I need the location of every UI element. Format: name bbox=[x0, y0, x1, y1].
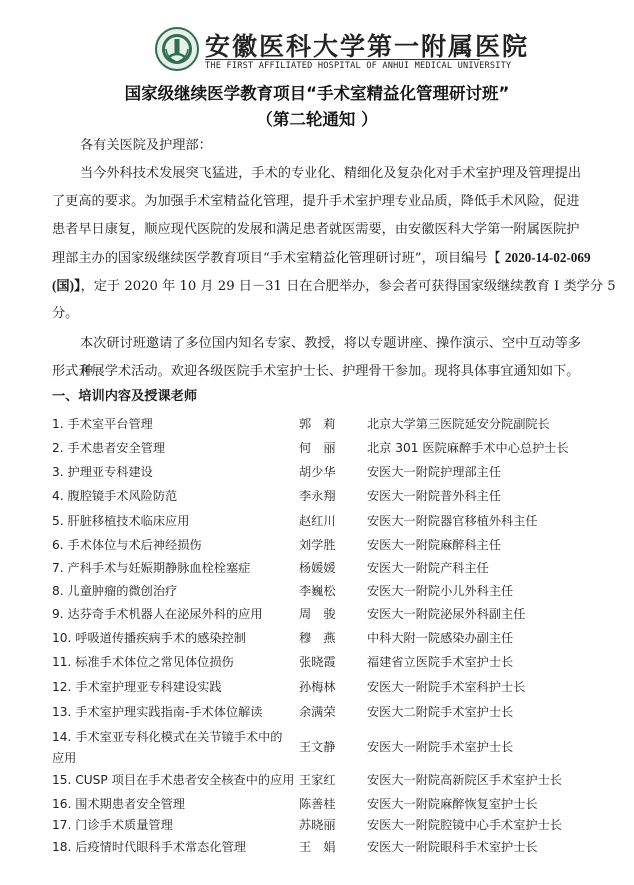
course-institution: 安医大一附院高新院区手术室护士长 bbox=[367, 771, 562, 788]
course-row: 4. 腹腔镜手术风险防范 李永翔 安医大一附院普外科主任 bbox=[52, 487, 592, 507]
course-institution: 安医大一附院普外科主任 bbox=[367, 487, 501, 504]
course-topic: 10. 呼吸道传播疾病手术的感染控制 bbox=[52, 629, 287, 647]
course-institution: 北京大学第三医院延安分院副院长 bbox=[367, 415, 550, 432]
salutation: 各有关医院及护理部： bbox=[80, 132, 610, 160]
course-row: 2. 手术患者安全管理 何 丽 北京 301 医院麻醉手术中心总护士长 bbox=[52, 439, 592, 459]
hospital-emblem-icon bbox=[155, 27, 199, 71]
para1-line1: 当今外科技术发展突飞猛进，手术的专业化、精细化及复杂化对手术室护理及管理提出 bbox=[80, 160, 590, 188]
course-institution: 福建省立医院手术室护士长 bbox=[367, 653, 513, 670]
course-institution: 安医大一附院手术室科护士长 bbox=[367, 678, 525, 695]
course-topic: 4. 腹腔镜手术风险防范 bbox=[52, 487, 287, 505]
logo-divider bbox=[205, 59, 480, 60]
course-institution: 安医大一附院手术室护士长 bbox=[367, 738, 513, 755]
course-teacher: 何 丽 bbox=[299, 439, 336, 456]
course-row: 11. 标准手术体位之常见体位损伤 张晓霞 福建省立医院手术室护士长 bbox=[52, 653, 592, 673]
course-teacher: 李永翔 bbox=[299, 487, 336, 504]
course-institution: 安医大一附院泌尿外科副主任 bbox=[367, 605, 525, 622]
course-teacher: 张晓霞 bbox=[299, 653, 336, 670]
course-row: 18. 后疫情时代眼科手术常态化管理 王 娟 安医大一附院眼科手术室护士长 bbox=[52, 838, 592, 858]
course-row: 6. 手术体位与术后神经损伤 刘学胜 安医大一附院麻醉科主任 bbox=[52, 536, 592, 556]
para1-line6: 分。 bbox=[52, 300, 582, 328]
course-teacher: 周 骏 bbox=[299, 605, 336, 622]
course-row: 15. CUSP 项目在手术患者安全核查中的应用 王家红 安医大一附院高新院区手… bbox=[52, 771, 592, 791]
course-institution: 安医大一附院腔镜中心手术室护士长 bbox=[367, 816, 562, 833]
course-teacher: 赵红川 bbox=[299, 512, 336, 529]
course-institution: 中科大附一院感染办副主任 bbox=[367, 629, 513, 646]
project-code: 2020-14-02-069 bbox=[505, 250, 591, 265]
course-institution: 安医大二附院手术室护士长 bbox=[367, 703, 513, 720]
para1-line2: 了更高的要求。为加强手术室精益化管理，提升手术室护理专业品质，降低手术风险，促进 bbox=[52, 188, 582, 216]
document-subtitle: （第二轮通知 ） bbox=[0, 106, 634, 130]
course-topic: 8. 儿童肿瘤的微创治疗 bbox=[52, 582, 287, 600]
course-topic: 16. 围术期患者安全管理 bbox=[52, 795, 287, 813]
course-row: 8. 儿童肿瘤的微创治疗 李巍松 安医大一附院小儿外科主任 bbox=[52, 582, 592, 602]
course-institution: 安医大一附院小儿外科主任 bbox=[367, 582, 513, 599]
course-topic: 18. 后疫情时代眼科手术常态化管理 bbox=[52, 838, 287, 856]
course-teacher: 穆 燕 bbox=[299, 629, 336, 646]
course-topic: 2. 手术患者安全管理 bbox=[52, 439, 287, 457]
course-topic: 13. 手术室护理实践指南-手术体位解读 bbox=[52, 703, 287, 721]
course-teacher: 王家红 bbox=[299, 771, 336, 788]
course-institution: 安医大一附院麻醉恢复室护士长 bbox=[367, 795, 538, 812]
course-institution: 安医大一附院麻醉科主任 bbox=[367, 536, 501, 553]
course-row: 3. 护理亚专科建设 胡少华 安医大一附院护理部主任 bbox=[52, 463, 592, 483]
project-code-suffix: (国)】 bbox=[52, 278, 81, 293]
course-teacher: 余满荣 bbox=[299, 703, 336, 720]
course-row: 10. 呼吸道传播疾病手术的感染控制 穆 燕 中科大附一院感染办副主任 bbox=[52, 629, 592, 649]
para1-line5-text: ，定于 2020 年 10 月 29 日－31 日在合肥举办，参会者可获得国家级… bbox=[81, 279, 616, 294]
course-teacher: 苏晓丽 bbox=[299, 816, 336, 833]
course-row: 7. 产科手术与妊娠期静脉血栓栓塞症 杨媛媛 安医大一附院产科主任 bbox=[52, 559, 592, 579]
course-row: 1. 手术室平台管理 郭 莉 北京大学第三医院延安分院副院长 bbox=[52, 415, 592, 435]
course-row: 14. 手术室亚专科化模式在关节镜手术中的应用 王文静 安医大一附院手术室护士长 bbox=[52, 727, 592, 767]
section-heading-training: 一、培训内容及授课老师 bbox=[52, 385, 197, 404]
course-topic: 15. CUSP 项目在手术患者安全核查中的应用 bbox=[52, 771, 287, 789]
course-topic: 6. 手术体位与术后神经损伤 bbox=[52, 536, 287, 554]
course-teacher: 王 娟 bbox=[299, 838, 336, 855]
course-row: 16. 围术期患者安全管理 陈善桂 安医大一附院麻醉恢复室护士长 bbox=[52, 795, 592, 815]
hospital-logo: 安徽医科大学第一附属医院 THE FIRST AFFILIATED HOSPIT… bbox=[155, 25, 485, 75]
course-topic: 12. 手术室护理亚专科建设实践 bbox=[52, 678, 287, 696]
document-title: 国家级继续医学教育项目“手术室精益化管理研讨班” bbox=[0, 80, 634, 104]
course-institution: 安医大一附院眼科手术室护士长 bbox=[367, 838, 538, 855]
course-topic: 7. 产科手术与妊娠期静脉血栓栓塞症 bbox=[52, 559, 287, 577]
course-row: 9. 达芬奇手术机器人在泌尿外科的应用 周 骏 安医大一附院泌尿外科副主任 bbox=[52, 605, 592, 625]
course-row: 5. 肝脏移植技术临床应用 赵红川 安医大一附院器官移植外科主任 bbox=[52, 512, 592, 532]
course-teacher: 李巍松 bbox=[299, 582, 336, 599]
course-teacher: 王文静 bbox=[299, 738, 336, 755]
course-topic: 17. 门诊手术质量管理 bbox=[52, 816, 287, 834]
course-topic: 5. 肝脏移植技术临床应用 bbox=[52, 512, 287, 530]
para1-line4-text: 理部主办的国家级继续医学教育项目“手术室精益化管理研讨班”，项目编号【 bbox=[52, 251, 505, 266]
course-teacher: 孙梅林 bbox=[299, 678, 336, 695]
course-teacher: 陈善桂 bbox=[299, 795, 336, 812]
course-row: 13. 手术室护理实践指南-手术体位解读 余满荣 安医大二附院手术室护士长 bbox=[52, 703, 592, 723]
course-row: 17. 门诊手术质量管理 苏晓丽 安医大一附院腔镜中心手术室护士长 bbox=[52, 816, 592, 836]
course-institution: 安医大一附院护理部主任 bbox=[367, 463, 501, 480]
course-topic: 14. 手术室亚专科化模式在关节镜手术中的应用 bbox=[52, 727, 284, 769]
para1-line5: (国)】，定于 2020 年 10 月 29 日－31 日在合肥举办，参会者可获… bbox=[52, 272, 612, 301]
course-row: 12. 手术室护理亚专科建设实践 孙梅林 安医大一附院手术室科护士长 bbox=[52, 678, 592, 698]
course-topic: 9. 达芬奇手术机器人在泌尿外科的应用 bbox=[52, 605, 287, 623]
course-institution: 安医大一附院器官移植外科主任 bbox=[367, 512, 538, 529]
logo-english-name: THE FIRST AFFILIATED HOSPITAL OF ANHUI M… bbox=[205, 61, 511, 71]
course-teacher: 杨媛媛 bbox=[299, 559, 336, 576]
course-teacher: 刘学胜 bbox=[299, 536, 336, 553]
para1-line4: 理部主办的国家级继续医学教育项目“手术室精益化管理研讨班”，项目编号【 2020… bbox=[52, 244, 612, 273]
logo-chinese-name: 安徽医科大学第一附属医院 bbox=[205, 27, 529, 63]
course-teacher: 胡少华 bbox=[299, 463, 336, 480]
para1-line3: 患者早日康复，顺应现代医院的发展和满足患者就医需要，由安徽医科大学第一附属医院护 bbox=[52, 216, 582, 244]
course-institution: 安医大一附院产科主任 bbox=[367, 559, 489, 576]
course-topic: 1. 手术室平台管理 bbox=[52, 415, 287, 433]
course-topic: 11. 标准手术体位之常见体位损伤 bbox=[52, 653, 287, 671]
course-teacher: 郭 莉 bbox=[299, 415, 336, 432]
para2-line2: 形式开展学术活动。欢迎各级医院手术室护士长、护理骨干参加。现将具体事宜通知如下。 bbox=[52, 358, 582, 386]
course-institution: 北京 301 医院麻醉手术中心总护士长 bbox=[367, 439, 569, 456]
course-topic: 3. 护理亚专科建设 bbox=[52, 463, 287, 481]
